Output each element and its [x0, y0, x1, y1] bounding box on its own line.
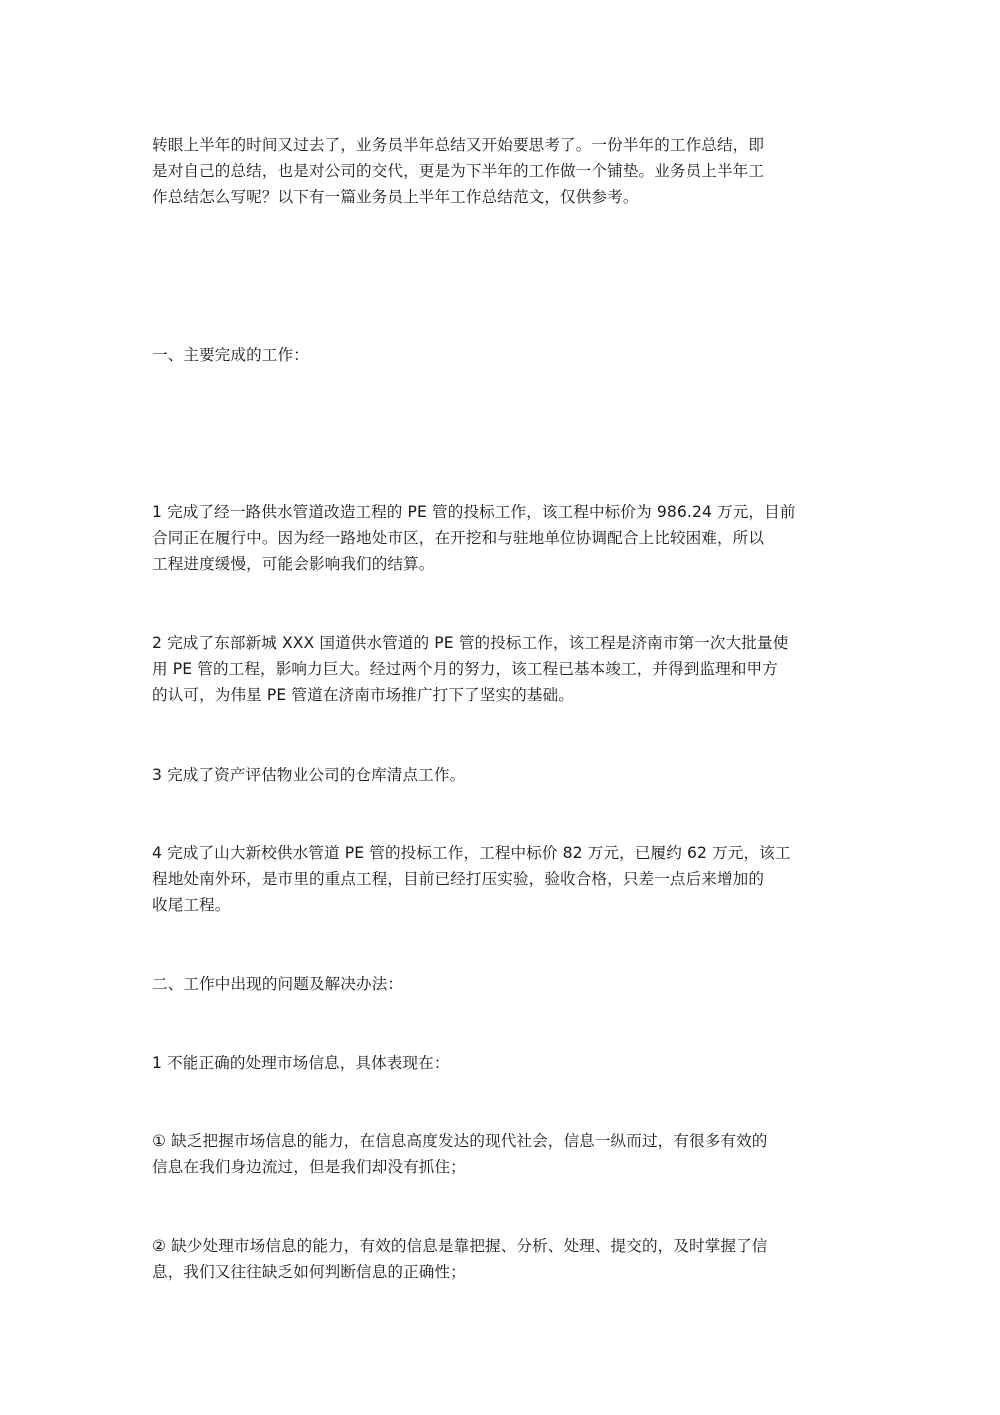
section-heading-completed-work: 一、主要完成的工作： — [152, 342, 852, 368]
point-line: 信息在我们身边流过，但是我们却没有抓住； — [152, 1154, 852, 1180]
section-heading-text: 二、工作中出现的问题及解决办法： — [152, 971, 852, 997]
completed-item-3: 3 完成了资产评估物业公司的仓库清点工作。 — [152, 762, 852, 788]
problem-point-1: ① 缺乏把握市场信息的能力，在信息高度发达的现代社会，信息一纵而过，有很多有效的… — [152, 1128, 852, 1180]
point-line: ① 缺乏把握市场信息的能力，在信息高度发达的现代社会，信息一纵而过，有很多有效的 — [152, 1128, 852, 1154]
problem-point-2: ② 缺少处理市场信息的能力，有效的信息是靠把握、分析、处理、提交的，及时掌握了信… — [152, 1233, 852, 1285]
subheading-text: 1 不能正确的处理市场信息，具体表现在： — [152, 1050, 852, 1076]
problem-1-subheading: 1 不能正确的处理市场信息，具体表现在： — [152, 1050, 852, 1076]
item-line: 2 完成了东部新城 XXX 国道供水管道的 PE 管的投标工作，该工程是济南市第… — [152, 630, 852, 656]
intro-paragraph: 转眼上半年的时间又过去了，业务员半年总结又开始要思考了。一份半年的工作总结，即 … — [152, 132, 852, 210]
intro-line: 作总结怎么写呢？以下有一篇业务员上半年工作总结范文，仅供参考。 — [152, 184, 852, 210]
section-heading-text: 一、主要完成的工作： — [152, 342, 852, 368]
section-heading-problems-solutions: 二、工作中出现的问题及解决办法： — [152, 971, 852, 997]
item-line: 用 PE 管的工程，影响力巨大。经过两个月的努力，该工程已基本竣工，并得到监理和… — [152, 656, 852, 682]
item-line: 3 完成了资产评估物业公司的仓库清点工作。 — [152, 762, 852, 788]
intro-line: 转眼上半年的时间又过去了，业务员半年总结又开始要思考了。一份半年的工作总结，即 — [152, 132, 852, 158]
point-line: 息，我们又往往缺乏如何判断信息的正确性； — [152, 1259, 852, 1285]
item-line: 合同正在履行中。因为经一路地处市区，在开挖和与驻地单位协调配合上比较困难，所以 — [152, 525, 852, 551]
item-line: 4 完成了山大新校供水管道 PE 管的投标工作，工程中标价 82 万元，已履约 … — [152, 840, 852, 866]
completed-item-4: 4 完成了山大新校供水管道 PE 管的投标工作，工程中标价 82 万元，已履约 … — [152, 840, 852, 918]
completed-item-1: 1 完成了经一路供水管道改造工程的 PE 管的投标工作，该工程中标价为 986.… — [152, 499, 852, 577]
point-line: ② 缺少处理市场信息的能力，有效的信息是靠把握、分析、处理、提交的，及时掌握了信 — [152, 1233, 852, 1259]
document-page: 转眼上半年的时间又过去了，业务员半年总结又开始要思考了。一份半年的工作总结，即 … — [0, 0, 1000, 1415]
completed-item-2: 2 完成了东部新城 XXX 国道供水管道的 PE 管的投标工作，该工程是济南市第… — [152, 630, 852, 708]
item-line: 收尾工程。 — [152, 892, 852, 918]
item-line: 程地处南外环，是市里的重点工程，目前已经打压实验，验收合格，只差一点后来增加的 — [152, 866, 852, 892]
intro-line: 是对自己的总结，也是对公司的交代，更是为下半年的工作做一个铺垫。业务员上半年工 — [152, 158, 852, 184]
item-line: 工程进度缓慢，可能会影响我们的结算。 — [152, 551, 852, 577]
item-line: 的认可，为伟星 PE 管道在济南市场推广打下了坚实的基础。 — [152, 682, 852, 708]
item-line: 1 完成了经一路供水管道改造工程的 PE 管的投标工作，该工程中标价为 986.… — [152, 499, 852, 525]
